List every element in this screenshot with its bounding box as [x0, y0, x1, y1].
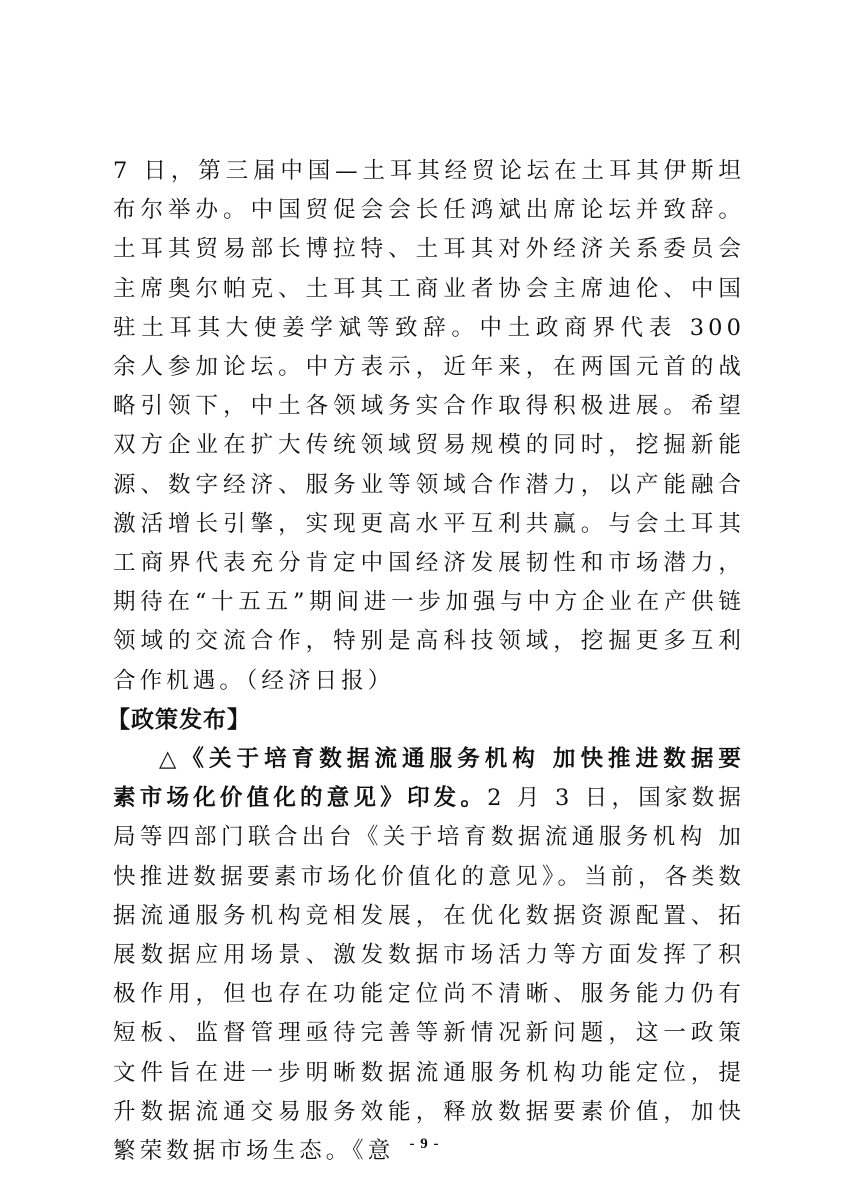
- policy-item-paragraph: △《关于培育数据流通服务机构 加快推进数据要素市场化价值化的意见》印发。2 月 …: [113, 740, 745, 1171]
- policy-item-body: 2 月 3 日，国家数据局等四部门联合出台《关于培育数据流通服务机构 加快推进数…: [113, 785, 745, 1164]
- document-page: 7 日，第三届中国—土耳其经贸论坛在土耳其伊斯坦布尔举办。中国贸促会会长任鸿斌出…: [113, 152, 745, 1171]
- section-heading-policy-release: 【政策发布】: [107, 701, 745, 740]
- triangle-marker-icon: △: [159, 746, 181, 772]
- continued-paragraph: 7 日，第三届中国—土耳其经贸论坛在土耳其伊斯坦布尔举办。中国贸促会会长任鸿斌出…: [113, 152, 745, 701]
- page-number: - 9 -: [0, 1136, 849, 1153]
